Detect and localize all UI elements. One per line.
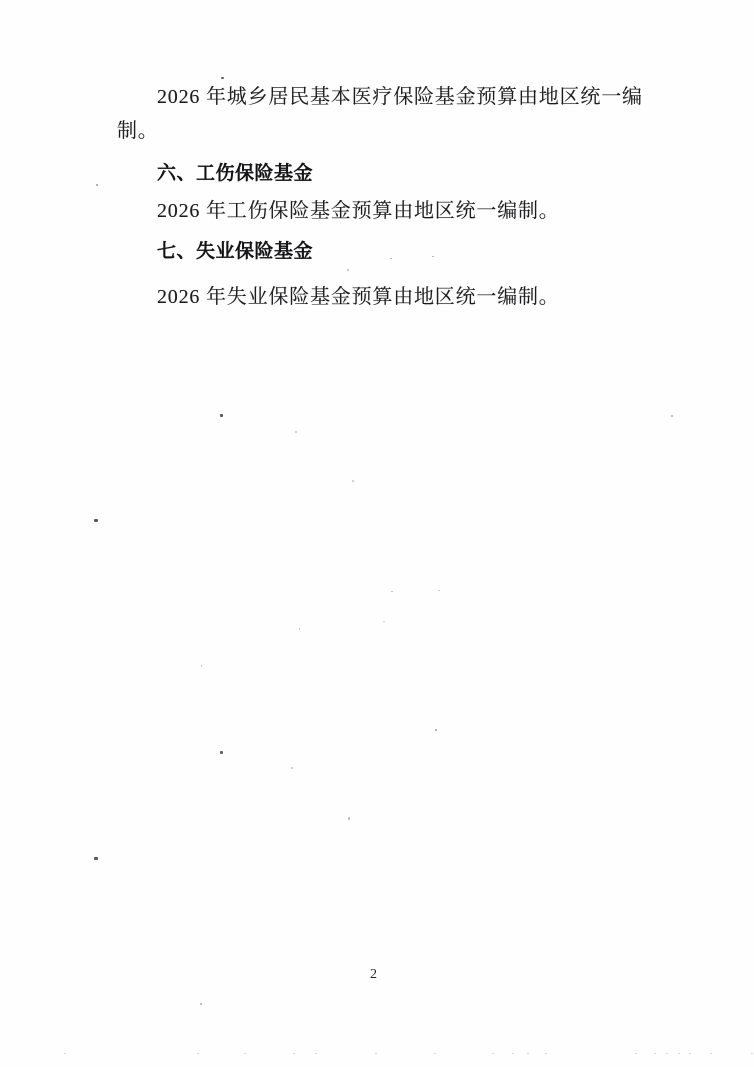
scan-speck — [390, 258, 392, 259]
paragraph-medical-insurance-line2: 制。 — [117, 120, 159, 142]
scan-speck — [375, 1053, 377, 1054]
paragraph-medical-insurance-line1: 2026 年城乡居民基本医疗保险基金预算由地区统一编 — [157, 86, 643, 108]
scan-speck — [689, 1053, 691, 1054]
scan-speck — [348, 817, 350, 820]
scan-speck — [635, 1053, 637, 1054]
scan-speck — [293, 1053, 295, 1054]
scan-speck — [221, 77, 224, 79]
scan-speck — [391, 591, 393, 592]
scan-speck — [678, 1053, 680, 1054]
heading-unemployment-insurance-fund: 七、失业保险基金 — [157, 241, 313, 262]
heading-work-injury-insurance-fund: 六、工伤保险基金 — [157, 163, 313, 184]
scan-speck — [751, 1053, 753, 1054]
scan-speck — [434, 1053, 436, 1054]
scan-speck — [220, 414, 223, 417]
scan-speck — [352, 480, 354, 482]
scan-speck — [197, 1053, 199, 1054]
paragraph-work-injury-insurance: 2026 年工伤保险基金预算由地区统一编制。 — [157, 200, 560, 222]
scan-speck — [654, 1053, 656, 1054]
scan-speck — [200, 1003, 202, 1005]
scan-speck — [545, 1053, 547, 1054]
scan-speck — [666, 1053, 668, 1054]
scan-speck — [671, 415, 673, 417]
scanned-document-page: 2026 年城乡居民基本医疗保险基金预算由地区统一编 制。 六、工伤保险基金 2… — [0, 0, 754, 1067]
scan-speck — [244, 1053, 246, 1054]
scan-speck — [432, 256, 434, 257]
scan-speck — [435, 729, 437, 731]
scan-speck — [512, 1053, 514, 1054]
scan-speck — [201, 665, 202, 667]
scan-speck — [94, 519, 98, 522]
paragraph-unemployment-insurance: 2026 年失业保险基金预算由地区统一编制。 — [157, 286, 560, 308]
scan-speck — [299, 628, 300, 630]
scan-speck — [96, 184, 98, 186]
scan-speck — [64, 1053, 66, 1054]
scan-speck — [315, 1053, 317, 1054]
scan-speck — [527, 1053, 529, 1054]
scan-noise-layer — [0, 0, 754, 1067]
scan-speck — [710, 1053, 712, 1054]
scan-speck — [383, 621, 385, 622]
scan-speck — [220, 751, 223, 754]
scan-speck — [438, 590, 440, 591]
scan-speck — [295, 431, 297, 433]
scan-speck — [94, 857, 98, 860]
scan-speck — [347, 269, 349, 271]
scan-speck — [492, 1053, 494, 1054]
page-number: 2 — [370, 967, 377, 983]
scan-speck — [291, 767, 293, 769]
